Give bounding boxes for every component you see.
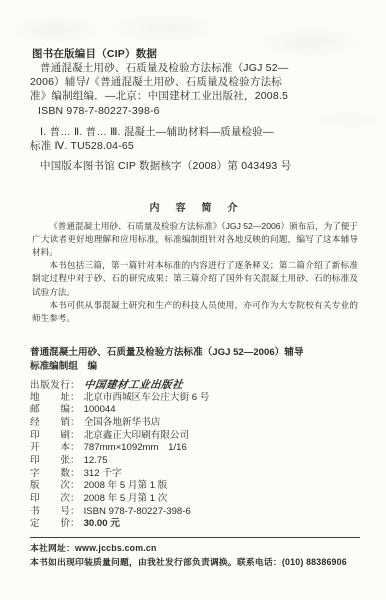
colophon-row-price: 定 价： 30.00 元 [30, 518, 360, 531]
colophon-row-printer: 印 刷： 北京鑫正大印刷有限公司 [30, 430, 360, 443]
cip-entry-line: 2006）辅导/《普通混凝土用砂、石质量及检验方法标 [30, 75, 360, 89]
colophon-value: 100044 [84, 404, 116, 417]
book-author: 标准编制组 编 [30, 360, 360, 373]
cip-section: 图书在版编目（CIP）数据 普通混凝土用砂、石质量及检验方法标准（JGJ 52—… [30, 47, 360, 173]
abstract-section: 内 容 简 介 《普通混凝土用砂、石质量及检验方法标准》（JGJ 52—2006… [30, 202, 360, 325]
cip-isbn: ISBN 978-7-80227-398-6 [38, 104, 360, 118]
colon: ： [70, 430, 80, 443]
colophon-row-postcode: 邮 编： 100044 [30, 404, 360, 417]
abstract-paragraph: 本书包括三篇，第一篇针对本标准的内容进行了逐条释义；第二篇介绍了新标准制定过程中… [32, 259, 358, 298]
colon: ： [70, 493, 80, 506]
colophon-label: 地 址 [30, 392, 70, 405]
quality-notice-line: 本书如出现印装质量问题，由我社发行部负责调换。联系电话：(010) 883869… [30, 556, 360, 570]
publisher-logo-text: 中国建材工业出版社 [83, 379, 184, 392]
colon: ： [70, 468, 80, 481]
colophon-label: 定 价 [30, 518, 70, 531]
colophon-row-sheets: 印 张： 12.75 [30, 455, 360, 468]
publisher-website-line: 本社网址：www.jccbs.com.cn [30, 542, 360, 556]
abstract-title: 内 容 简 介 [32, 202, 358, 215]
colophon-value: 12.75 [84, 455, 108, 468]
cip-classification-line: Ⅰ. 普… Ⅱ. 普… Ⅲ. 混凝土—辅助材料—质量检验— [40, 125, 360, 139]
cip-heading: 图书在版编目（CIP）数据 [32, 47, 360, 61]
colophon-value: 全国各地新华书店 [84, 417, 161, 430]
colon: ： [70, 442, 80, 455]
colon: ： [70, 480, 80, 493]
abstract-paragraph: 《普通混凝土用砂、石质量及检验方法标准》（JGJ 52—2006）颁布后，为了便… [32, 220, 358, 259]
colophon-label: 印 次 [30, 493, 70, 506]
colophon-row-impression: 印 次： 2008 年 5 月第 1 次 [30, 493, 360, 506]
colophon-row-format: 开 本： 787mm×1092mm 1/16 [30, 442, 360, 455]
colophon-label: 印 张 [30, 455, 70, 468]
colophon-label: 邮 编 [30, 404, 70, 417]
colophon-label: 书 号 [30, 506, 70, 519]
colon: ： [70, 404, 80, 417]
cip-entry-line: 普通混凝土用砂、石质量及检验方法标准（JGJ 52— [40, 61, 360, 75]
cip-record-number: 中国版本图书馆 CIP 数据核字（2008）第 043493 号 [40, 159, 360, 173]
cip-classification-line: 标准 Ⅳ. TU528.04-65 [30, 139, 360, 153]
colophon-label: 经 销 [30, 417, 70, 430]
colon: ： [70, 518, 80, 531]
book-title: 普通混凝土用砂、石质量及检验方法标准（JGJ 52—2006）辅导 [30, 346, 360, 359]
colophon-value: 2008 年 5 月第 1 版 [84, 480, 168, 493]
colophon-row-isbn: 书 号： ISBN 978-7-80227-398-6 [30, 506, 360, 519]
abstract-paragraph: 本书可供从事混凝土研究和生产的科技人员使用，亦可作为大专院校有关专业的师生参考。 [32, 299, 358, 325]
colon: ： [70, 392, 80, 405]
cip-classification: Ⅰ. 普… Ⅱ. 普… Ⅲ. 混凝土—辅助材料—质量检验— 标准 Ⅳ. TU52… [30, 125, 360, 153]
divider-line [30, 537, 360, 538]
footer-section: 本社网址：www.jccbs.com.cn 本书如出现印装质量问题，由我社发行部… [30, 542, 360, 569]
colon: ： [70, 455, 80, 468]
colophon-row-wordcount: 字 数： 312 千字 [30, 468, 360, 481]
colophon-row-address: 地 址： 北京市西城区车公庄大街 6 号 [30, 392, 360, 405]
colophon-value: 北京市西城区车公庄大街 6 号 [84, 392, 210, 405]
colophon-row-distributor: 经 销： 全国各地新华书店 [30, 417, 360, 430]
colophon-label: 印 刷 [30, 430, 70, 443]
colophon-section: 普通混凝土用砂、石质量及检验方法标准（JGJ 52—2006）辅导 标准编制组 … [30, 346, 360, 531]
cip-entry: 普通混凝土用砂、石质量及检验方法标准（JGJ 52— 2006）辅导/《普通混凝… [30, 61, 360, 103]
copyright-page: 图书在版编目（CIP）数据 普通混凝土用砂、石质量及检验方法标准（JGJ 52—… [0, 0, 386, 569]
colophon-row-publisher: 出版发行： 中国建材工业出版社 [30, 379, 360, 392]
colophon-value: 312 千字 [84, 468, 122, 481]
publication-info-list: 出版发行： 中国建材工业出版社 地 址： 北京市西城区车公庄大街 6 号 邮 编… [30, 379, 360, 531]
colophon-label: 开 本 [30, 442, 70, 455]
colophon-value: ISBN 978-7-80227-398-6 [84, 506, 191, 519]
colophon-value: 30.00 元 [84, 518, 120, 531]
cip-entry-line: 准》编制组编．—北京：中国建材工业出版社，2008.5 [30, 89, 360, 103]
colon: ： [70, 506, 80, 519]
colophon-value: 787mm×1092mm 1/16 [84, 442, 187, 455]
colophon-label: 字 数 [30, 468, 70, 481]
colophon-label: 版 次 [30, 480, 70, 493]
colophon-value: 2008 年 5 月第 1 次 [84, 493, 168, 506]
colon: ： [70, 417, 80, 430]
colophon-row-edition: 版 次： 2008 年 5 月第 1 版 [30, 480, 360, 493]
colophon-value: 北京鑫正大印刷有限公司 [84, 430, 190, 443]
